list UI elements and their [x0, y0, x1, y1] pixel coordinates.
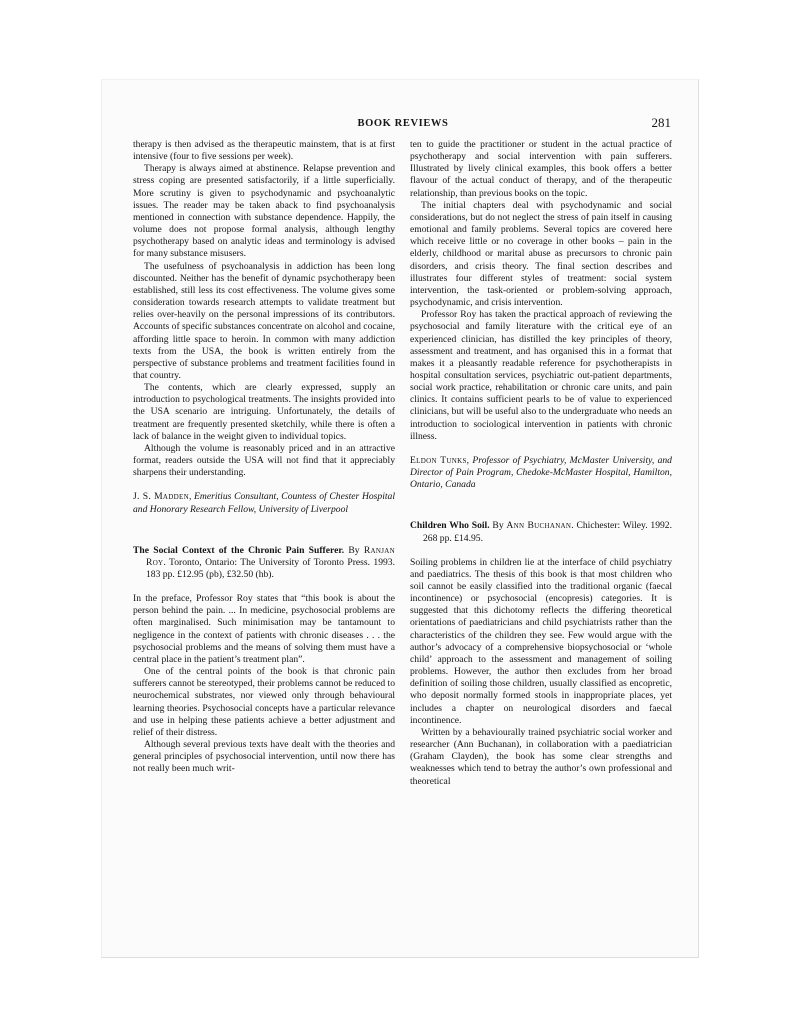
paragraph: Professor Roy has taken the practical ap…: [410, 309, 672, 443]
paragraph: The usefulness of psychoanalysis in addi…: [133, 261, 395, 383]
reviewer-attribution: J. S. Madden, Emeritius Consultant, Coun…: [133, 491, 395, 515]
paragraph: The contents, which are clearly expresse…: [133, 382, 395, 443]
running-head: BOOK REVIEWS: [133, 118, 673, 129]
paragraph: In the preface, Professor Roy states tha…: [133, 593, 395, 666]
paragraph: ten to guide the practitioner or student…: [410, 139, 672, 200]
reviewer-name: Eldon Tunks: [410, 455, 467, 466]
paragraph: therapy is then advised as the therapeut…: [133, 139, 395, 163]
book-author: Ann Buchanan: [506, 520, 571, 531]
paragraph: The initial chapters deal with psychodyn…: [410, 200, 672, 309]
book-title: The Social Context of the Chronic Pain S…: [133, 545, 344, 556]
scan-background: BOOK REVIEWS 281 therapy is then advised…: [0, 0, 800, 1036]
reviewer-name: J. S. Madden: [133, 491, 189, 502]
book-by-text: By: [490, 520, 507, 531]
paragraph: Written by a behaviourally trained psych…: [410, 727, 672, 788]
book-publication-details: . Toronto, Ontario: The University of To…: [146, 557, 395, 580]
book-review-heading: The Social Context of the Chronic Pain S…: [133, 545, 395, 581]
paragraph: Soiling problems in children lie at the …: [410, 557, 672, 727]
page-number: 281: [652, 115, 672, 131]
paragraph: Although the volume is reasonably priced…: [133, 443, 395, 479]
book-title: Children Who Soil.: [410, 520, 490, 531]
two-column-text: therapy is then advised as the therapeut…: [133, 139, 673, 788]
book-by-text: By: [344, 545, 364, 556]
left-column: therapy is then advised as the therapeut…: [133, 139, 395, 788]
right-column: ten to guide the practitioner or student…: [410, 139, 672, 788]
paragraph: Although several previous texts have dea…: [133, 739, 395, 775]
reviewer-attribution: Eldon Tunks, Professor of Psychiatry, Mc…: [410, 455, 672, 491]
book-review-heading: Children Who Soil. By Ann Buchanan. Chic…: [410, 520, 672, 544]
journal-page: BOOK REVIEWS 281 therapy is then advised…: [101, 79, 699, 958]
paragraph: Therapy is always aimed at abstinence. R…: [133, 163, 395, 260]
paragraph: One of the central points of the book is…: [133, 666, 395, 739]
page-header: BOOK REVIEWS 281: [133, 118, 673, 132]
